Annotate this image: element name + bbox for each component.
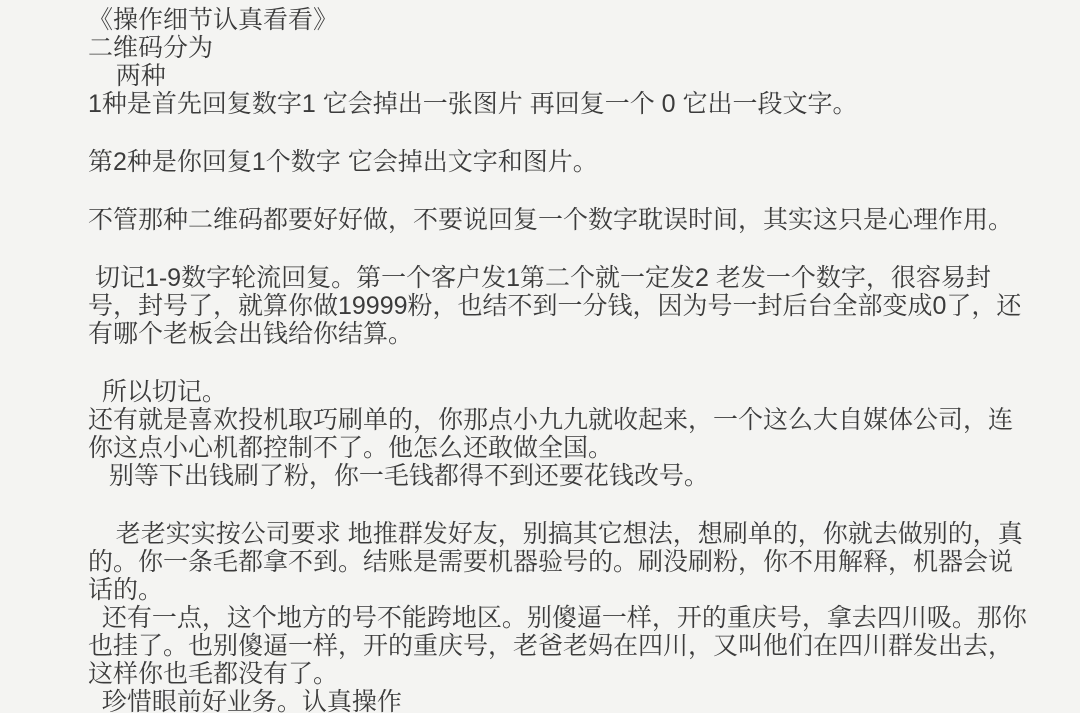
paragraph-intro: 二维码分为 两种 1种是首先回复数字1 它会掉出一张图片 再回复一个 0 它出一… [88, 34, 1030, 118]
paragraph-region-rules-and-closing: 老老实实按公司要求 地推群发好友，别搞其它想法，想刷单的，你就去做别的，真 的。… [88, 520, 1030, 713]
paragraph-no-fake-orders-warning: 所以切记。 还有就是喜欢投机取巧刷单的，你那点小九九就收起来，一个这么大自媒体公… [88, 378, 1030, 490]
paragraph-mindset: 不管那种二维码都要好好做，不要说回复一个数字耽误时间，其实这只是心理作用。 [88, 206, 1030, 234]
document-title: 《操作细节认真看看》 [88, 6, 1030, 34]
paragraph-number-rotation-warning: 切记1-9数字轮流回复。第一个客户发1第二个就一定发2 老发一个数字，很容易封 … [88, 264, 1030, 348]
document-page: 《操作细节认真看看》 二维码分为 两种 1种是首先回复数字1 它会掉出一张图片 … [0, 0, 1080, 713]
paragraph-second-type: 第2种是你回复1个数字 它会掉出文字和图片。 [88, 148, 1030, 176]
